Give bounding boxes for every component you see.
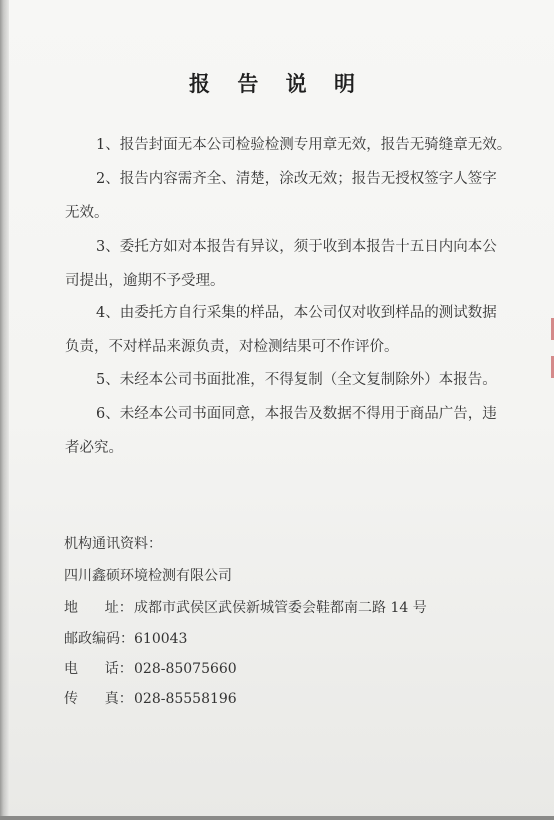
fax-value: 028-85558196 (134, 691, 237, 707)
note-6: 6、未经本公司书面同意，本报告及数据不得用于商品广告，违 者必究。 (68, 397, 508, 465)
note-1: 1、报告封面无本公司检验检测专用章无效，报告无骑缝章无效。 (68, 128, 508, 162)
postcode-label: 邮政编码： (64, 628, 134, 648)
note-line: 无效。 (65, 196, 508, 230)
address-row: 地 址：成都市武侯区武侯新城管委会鞋都南二路 14 号 (64, 597, 427, 617)
page-title: 报 告 说 明 (0, 68, 554, 98)
note-4: 4、由委托方自行采集的样品，本公司仅对收到样品的测试数据 负责，不对样品来源负责… (68, 296, 508, 364)
page-binding-shadow (0, 0, 9, 820)
fax-label: 传 真： (64, 688, 134, 708)
note-line: 2、报告内容需齐全、清楚，涂改无效；报告无授权签字人签字 (68, 162, 508, 196)
address-label: 地 址： (64, 597, 134, 617)
document-page: 报 告 说 明 1、报告封面无本公司检验检测专用章无效，报告无骑缝章无效。 2、… (0, 0, 554, 820)
phone-label: 电 话： (64, 658, 134, 678)
note-3: 3、委托方如对本报告有异议，须于收到本报告十五日内向本公 司提出，逾期不予受理。 (68, 230, 508, 298)
note-line: 1、报告封面无本公司检验检测专用章无效，报告无骑缝章无效。 (68, 128, 508, 162)
note-line: 负责，不对样品来源负责，对检测结果可不作评价。 (65, 330, 508, 364)
note-line: 4、由委托方自行采集的样品，本公司仅对收到样品的测试数据 (68, 296, 508, 330)
note-line: 5、未经本公司书面批准，不得复制（全文复制除外）本报告。 (68, 363, 508, 397)
phone-value: 028-85075660 (134, 661, 237, 677)
postcode-value: 610043 (134, 631, 187, 647)
fax-row: 传 真：028-85558196 (64, 688, 237, 708)
note-2: 2、报告内容需齐全、清楚，涂改无效；报告无授权签字人签字 无效。 (68, 162, 508, 230)
contact-heading: 机构通讯资料： (64, 533, 162, 553)
postcode-row: 邮政编码：610043 (64, 628, 187, 648)
note-line: 6、未经本公司书面同意，本报告及数据不得用于商品广告，违 (68, 397, 508, 431)
address-value: 成都市武侯区武侯新城管委会鞋都南二路 14 号 (134, 600, 427, 616)
phone-row: 电 话：028-85075660 (64, 658, 237, 678)
note-5: 5、未经本公司书面批准，不得复制（全文复制除外）本报告。 (68, 363, 508, 397)
note-line: 者必究。 (65, 431, 508, 465)
company-name: 四川鑫硕环境检测有限公司 (64, 565, 232, 585)
note-line: 司提出，逾期不予受理。 (65, 264, 508, 298)
note-line: 3、委托方如对本报告有异议，须于收到本报告十五日内向本公 (68, 230, 508, 264)
page-bottom-edge (0, 816, 554, 820)
